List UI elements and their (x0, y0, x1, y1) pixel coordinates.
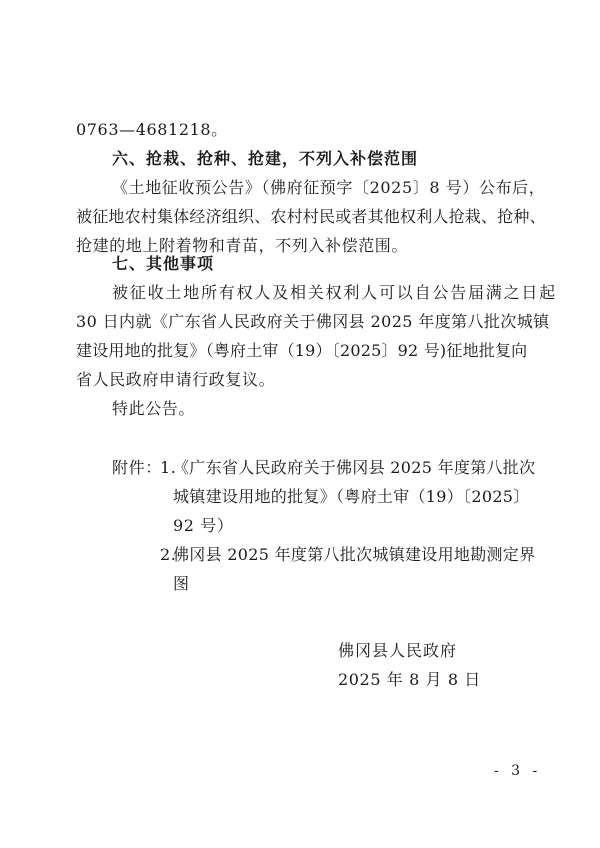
document-page: 0763—4681218。 六、抢栽、抢种、抢建，不列入补偿范围 《土地征收预公… (0, 0, 600, 848)
attachments-label: 附件： (112, 458, 162, 478)
issue-date: 2025 年 8 月 8 日 (338, 670, 481, 690)
section-7-paragraph-line: 建设用地的批复》（粤府土审（19）〔2025〕92 号)征地批复向 (76, 341, 527, 361)
section-6-paragraph-line: 抢建的地上附着物和青苗，不列入补偿范围。 (76, 236, 408, 256)
section-7-heading: 七、其他事项 (112, 254, 214, 274)
section-6-paragraph-line: 《土地征收预公告》（佛府征预字〔2025〕8 号）公布后， (112, 178, 545, 198)
phone-number-line: 0763—4681218。 (76, 120, 228, 140)
section-7-paragraph-line: 30 日内就《广东省人民政府关于佛冈县 2025 年度第八批次城镇 (76, 312, 550, 332)
section-7-paragraph-line: 省人民政府申请行政复议。 (76, 370, 275, 390)
attachment-1-line: 92 号） (173, 516, 233, 536)
closing-statement: 特此公告。 (112, 399, 195, 419)
page-number: - 3 - (494, 762, 541, 780)
section-6-heading: 六、抢栽、抢种、抢建，不列入补偿范围 (112, 149, 418, 169)
attachment-1-line: 《广东省人民政府关于佛冈县 2025 年度第八批次 (173, 458, 535, 478)
attachment-2-line: 图 (173, 574, 190, 594)
attachment-1-line: 城镇建设用地的批复》（粤府土审（19）〔2025〕 (173, 487, 530, 507)
section-6-paragraph-line: 被征地农村集体经济组织、农村村民或者其他权利人抢栽、抢种、 (76, 207, 546, 227)
attachment-2-line: 佛冈县 2025 年度第八批次城镇建设用地勘测定界 (173, 545, 535, 565)
issuer-signature: 佛冈县人民政府 (338, 641, 457, 661)
section-7-paragraph-line: 被征收土地所有权人及相关权利人可以自公告届满之日起 (112, 283, 557, 303)
